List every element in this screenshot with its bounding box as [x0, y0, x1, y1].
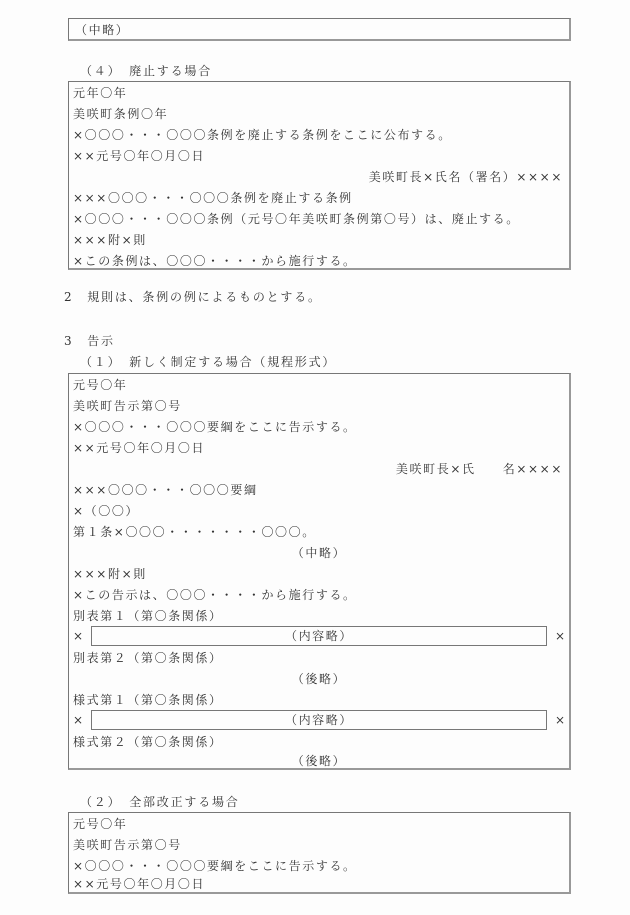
cross-mark-right: ×	[555, 713, 565, 727]
section-3-1-box: 元号〇年 美咲町告示第〇号 ×〇〇〇・・・〇〇〇要綱をここに告示する。 ××元号…	[68, 373, 571, 770]
article-1-line: 第１条×〇〇〇・・・・・・・〇〇〇。	[73, 525, 316, 539]
cross-mark-left: ×	[73, 713, 83, 727]
section-3-1-heading: （１） 新しく制定する場合（規程形式）	[80, 355, 336, 369]
notice-statement-line: ×〇〇〇・・・〇〇〇要綱をここに告示する。	[73, 420, 357, 434]
era-year-line: 元号〇年	[73, 817, 127, 831]
form-1-heading: 様式第１（第〇条関係）	[73, 693, 223, 707]
ordinance-number-line: 美咲町条例〇年	[73, 107, 168, 121]
era-year-line: 元年〇年	[73, 86, 127, 100]
guideline-title-line: ×××〇〇〇・・・〇〇〇要綱	[73, 483, 258, 497]
effective-date-line: ×この告示は、〇〇〇・・・・から施行する。	[73, 588, 357, 602]
notice-number-line: 美咲町告示第〇号	[73, 399, 182, 413]
cross-mark-left: ×	[73, 629, 83, 643]
promulgation-line: ×〇〇〇・・・〇〇〇条例を廃止する条例をここに公布する。	[73, 128, 452, 142]
signature-line: 美咲町長×氏 名××××	[396, 462, 563, 476]
cross-mark-right: ×	[555, 629, 565, 643]
notice-statement-line: ×〇〇〇・・・〇〇〇要綱をここに告示する。	[73, 859, 357, 873]
supplementary-heading: ×××附×則	[73, 233, 147, 247]
supplementary-heading: ×××附×則	[73, 567, 147, 581]
section-4-box: 元年〇年 美咲町条例〇年 ×〇〇〇・・・〇〇〇条例を廃止する条例をここに公布する…	[68, 81, 571, 270]
appendix-table-2-heading: 別表第２（第〇条関係）	[73, 651, 223, 665]
section-4-heading: （４） 廃止する場合	[80, 64, 212, 78]
section-3-2-box: 元号〇年 美咲町告示第〇号 ×〇〇〇・・・〇〇〇要綱をここに告示する。 ××元号…	[68, 812, 571, 894]
date-line: ××元号〇年〇月〇日	[73, 877, 205, 891]
appendix-table-1-row: × （内容略） ×	[73, 626, 565, 646]
omitted-box: （中略）	[68, 18, 571, 41]
appendix-table-1-box: （内容略）	[91, 626, 547, 646]
section-3-heading: 3 告示	[64, 334, 115, 348]
omitted-after-line: （後略）	[69, 672, 569, 686]
date-line: ××元号〇年〇月〇日	[73, 441, 205, 455]
effective-date-line: ×この条例は、〇〇〇・・・・から施行する。	[73, 254, 357, 268]
ordinance-title-line: ×××〇〇〇・・・〇〇〇条例を廃止する条例	[73, 191, 353, 205]
article-caption-line: ×（〇〇）	[73, 504, 139, 518]
paragraph-2: 2 規則は、条例の例によるものとする。	[64, 290, 322, 304]
form-1-box: （内容略）	[91, 710, 547, 730]
section-3-2-heading: （２） 全部改正する場合	[80, 795, 240, 809]
date-line: ××元号〇年〇月〇日	[73, 149, 205, 163]
signature-line: 美咲町長×氏名（署名）××××	[369, 170, 563, 184]
omitted-text: （中略）	[75, 23, 129, 37]
omitted-after-line: （後略）	[69, 754, 569, 768]
notice-number-line: 美咲町告示第〇号	[73, 838, 182, 852]
form-1-row: × （内容略） ×	[73, 710, 565, 730]
form-2-heading: 様式第２（第〇条関係）	[73, 735, 223, 749]
era-year-line: 元号〇年	[73, 378, 127, 392]
omitted-middle-line: （中略）	[69, 546, 569, 560]
abolish-statement-line: ×〇〇〇・・・〇〇〇条例（元号〇年美咲町条例第〇号）は、廃止する。	[73, 212, 520, 226]
appendix-table-1-heading: 別表第１（第〇条関係）	[73, 609, 223, 623]
